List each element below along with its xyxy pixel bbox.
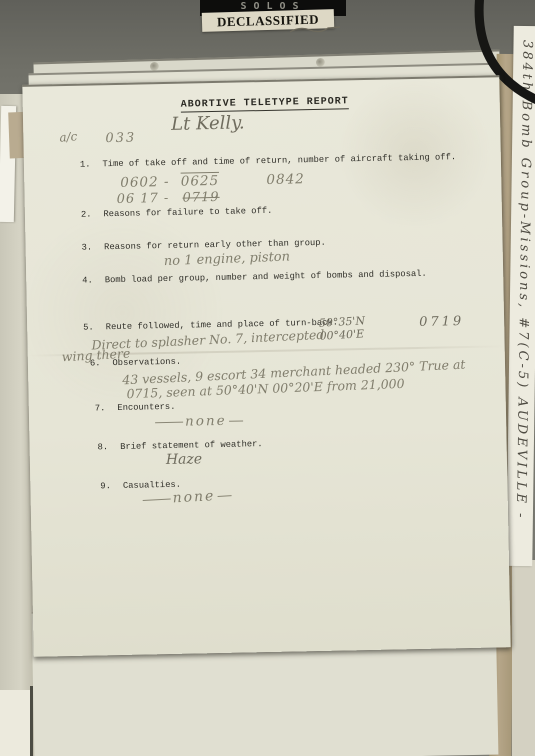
- return-time: 0842: [266, 171, 305, 188]
- turnback-time: 0719: [419, 314, 464, 330]
- item-7-number: 7.: [95, 403, 106, 413]
- staple-smudge-right: [316, 58, 325, 67]
- item-6-label: Observations.: [112, 357, 181, 368]
- item-8-label: Brief statement of weather.: [120, 439, 263, 452]
- item-7-answer: none: [155, 412, 243, 430]
- turnback-coordinates: 50°35'N 00°40'E: [319, 315, 366, 343]
- item-1-label: Time of take off and time of return, num…: [102, 152, 456, 169]
- item-9-answer: none: [142, 487, 231, 508]
- item-4: 4. Bomb load per group, number and weigh…: [82, 269, 427, 286]
- item-5-number: 5.: [83, 322, 94, 332]
- second-takeoff-time: 06 17 -: [116, 191, 169, 207]
- item-8: 8. Brief statement of weather.: [97, 439, 262, 452]
- item-4-label: Bomb load per group, number and weight o…: [105, 269, 427, 285]
- item-2-label: Reasons for failure to take off.: [103, 206, 272, 219]
- item-2-number: 2.: [81, 209, 92, 219]
- pilot-name: Lt Kelly.: [171, 112, 245, 134]
- turnback-longitude: 00°40'E: [319, 328, 366, 343]
- report-title: ABORTIVE TELETYPE REPORT: [181, 96, 349, 112]
- scanned-photo: 384th Bomb Group-Missions, #7(C-5) AUDEV…: [0, 0, 535, 756]
- item-1: 1. Time of take off and time of return, …: [80, 152, 456, 170]
- report-sheet: ABORTIVE TELETYPE REPORT a/c 033 Lt Kell…: [22, 75, 510, 656]
- item-1-number: 1.: [80, 159, 91, 169]
- item-8-number: 8.: [97, 442, 108, 452]
- item-8-answer: Haze: [166, 451, 203, 468]
- item-1-times-line1: 0602 - 0625 0842: [120, 171, 305, 191]
- item-9-number: 9.: [100, 481, 111, 491]
- item-9-label: Casualties.: [123, 480, 181, 491]
- takeoff-time-range: 0602 -: [120, 174, 170, 191]
- item-1-times-line2: 06 17 - 0719: [116, 190, 219, 207]
- aircraft-number: 033: [105, 131, 136, 147]
- item-3-number: 3.: [81, 242, 92, 252]
- corrected-time: 0625: [181, 173, 220, 190]
- right-paper-edge: [512, 560, 535, 756]
- bottom-left-edge-line: [30, 686, 33, 756]
- item-6: 6. Observations.: [90, 357, 181, 369]
- item-7: 7. Encounters.: [95, 402, 176, 414]
- item-2: 2. Reasons for failure to take off.: [81, 206, 273, 220]
- bottom-left-paper: [0, 690, 31, 756]
- item-3-label: Reasons for return early other than grou…: [104, 238, 326, 252]
- struck-time: 0719: [182, 190, 219, 206]
- item-3-answer: no 1 engine, piston: [164, 249, 291, 269]
- item-6-number: 6.: [90, 358, 101, 368]
- item-4-number: 4.: [82, 275, 93, 285]
- item-7-label: Encounters.: [117, 402, 175, 413]
- staple-smudge-left: [150, 62, 159, 71]
- pencil-squiggle: [288, 22, 344, 36]
- aircraft-label: a/c: [59, 129, 78, 145]
